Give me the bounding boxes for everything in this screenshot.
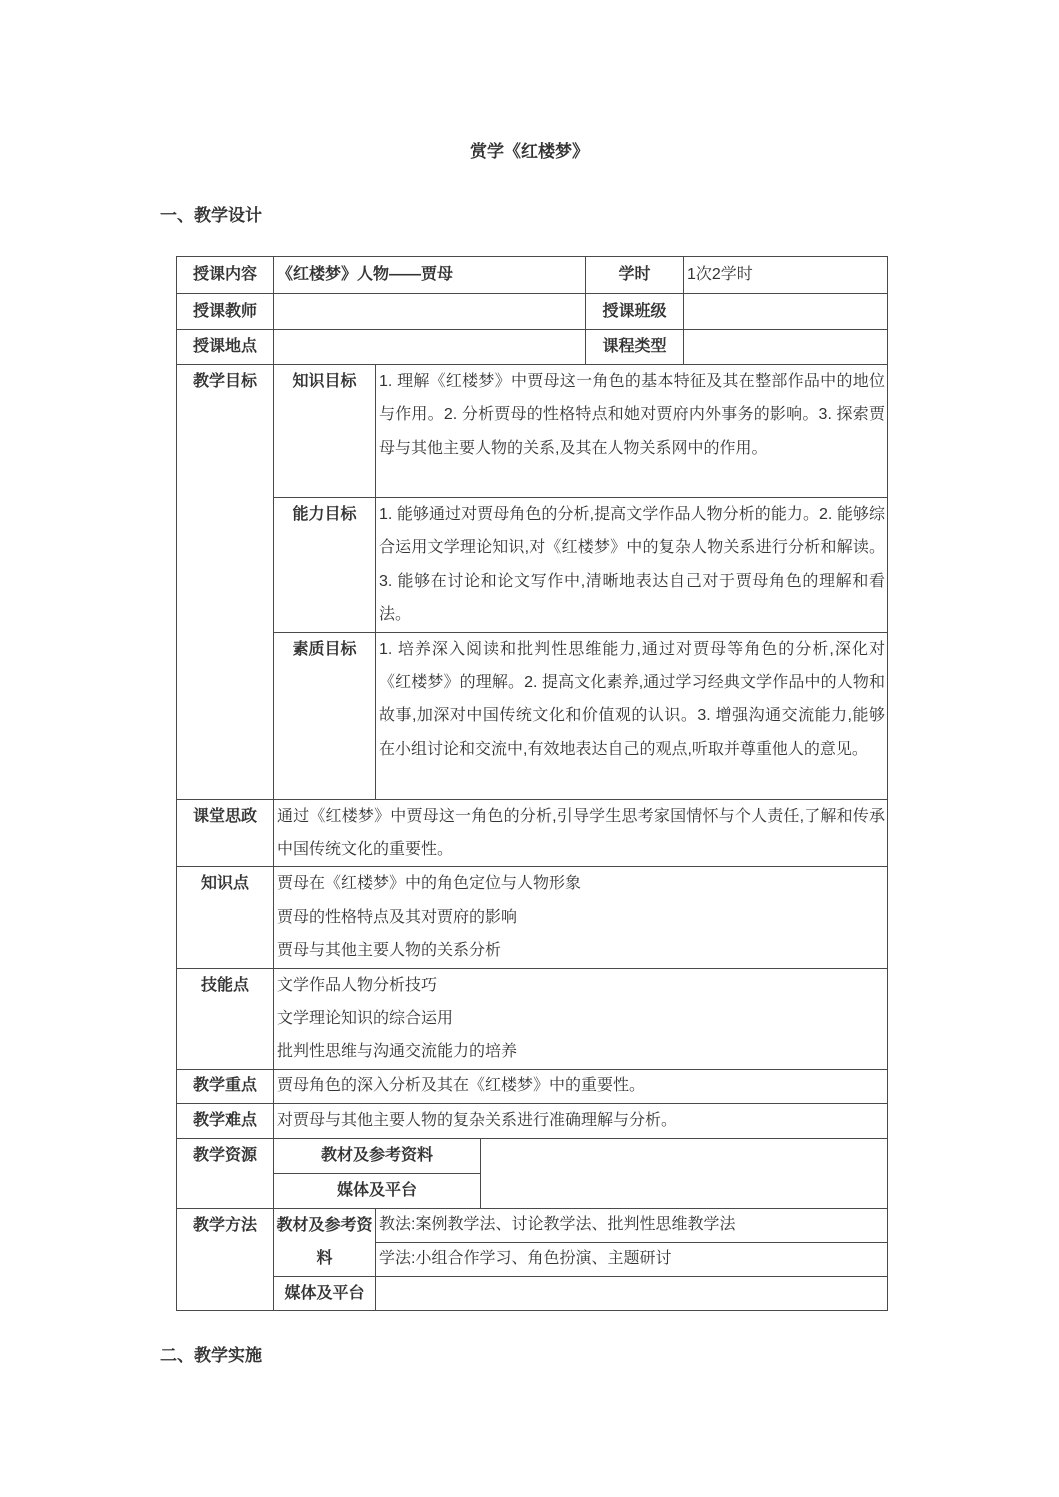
- objectives-label: 教学目标: [177, 365, 274, 800]
- ideology-label: 课堂思政: [177, 799, 274, 867]
- resources-value-cell: [481, 1138, 888, 1208]
- table-row-quality-objective: 素质目标 1. 培养深入阅读和批判性思维能力,通过对贾母等角色的分析,深化对《红…: [177, 632, 888, 799]
- info-hours-label: 学时: [586, 257, 684, 294]
- key-point-text: 贾母角色的深入分析及其在《红楼梦》中的重要性。: [274, 1069, 888, 1103]
- section-heading-design: 一、教学设计: [160, 204, 899, 227]
- info-class-value: [684, 294, 888, 330]
- info-class-label: 授课班级: [586, 294, 684, 330]
- table-row-location: 授课地点 课程类型: [177, 330, 888, 365]
- ideology-text: 通过《红楼梦》中贾母这一角色的分析,引导学生思考家国情怀与个人责任,了解和传承中…: [274, 799, 888, 867]
- ability-objective-label: 能力目标: [274, 498, 376, 633]
- difficult-point-text: 对贾母与其他主要人物的复杂关系进行准确理解与分析。: [274, 1103, 888, 1138]
- info-teacher-value: [274, 294, 586, 330]
- knowledge-objective-text: 1. 理解《红楼梦》中贾母这一角色的基本特征及其在整部作品中的地位与作用。2. …: [376, 365, 888, 498]
- table-row-content: 授课内容 《红楼梦》人物——贾母 学时 1次2学时: [177, 257, 888, 294]
- ability-objective-text: 1. 能够通过对贾母角色的分析,提高文学作品人物分析的能力。2. 能够综合运用文…: [376, 498, 888, 633]
- skill-points-list: 文学作品人物分析技巧 文学理论知识的综合运用 批判性思维与沟通交流能力的培养: [274, 968, 888, 1069]
- table-row-difficult-point: 教学难点 对贾母与其他主要人物的复杂关系进行准确理解与分析。: [177, 1103, 888, 1138]
- table-row-resources-materials: 教学资源 教材及参考资料: [177, 1138, 888, 1173]
- knowledge-point-item: 贾母与其他主要人物的关系分析: [277, 934, 885, 967]
- teaching-design-table: 授课内容 《红楼梦》人物——贾母 学时 1次2学时 授课教师 授课班级 授课地点…: [176, 256, 888, 1311]
- methods-media-label: 媒体及平台: [274, 1276, 376, 1310]
- methods-learning-value: 学法:小组合作学习、角色扮演、主题研讨: [376, 1242, 888, 1276]
- difficult-point-label: 教学难点: [177, 1103, 274, 1138]
- info-location-label: 授课地点: [177, 330, 274, 365]
- info-content-label: 授课内容: [177, 257, 274, 294]
- table-row-ideology: 课堂思政 通过《红楼梦》中贾母这一角色的分析,引导学生思考家国情怀与个人责任,了…: [177, 799, 888, 867]
- info-course-type-value: [684, 330, 888, 365]
- resources-materials-label: 教材及参考资料: [274, 1138, 481, 1173]
- info-course-type-label: 课程类型: [586, 330, 684, 365]
- knowledge-points-label: 知识点: [177, 867, 274, 968]
- document-title: 赏学《红楼梦》: [160, 140, 899, 164]
- info-teacher-label: 授课教师: [177, 294, 274, 330]
- knowledge-objective-label: 知识目标: [274, 365, 376, 498]
- table-row-teacher: 授课教师 授课班级: [177, 294, 888, 330]
- resources-label: 教学资源: [177, 1138, 274, 1208]
- table-row-knowledge-objective: 教学目标 知识目标 1. 理解《红楼梦》中贾母这一角色的基本特征及其在整部作品中…: [177, 365, 888, 498]
- table-row-methods-teaching: 教学方法 教材及参考资料 教法:案例教学法、讨论教学法、批判性思维教学法: [177, 1208, 888, 1242]
- methods-teaching-value: 教法:案例教学法、讨论教学法、批判性思维教学法: [376, 1208, 888, 1242]
- info-hours-value: 1次2学时: [684, 257, 888, 294]
- info-location-value: [274, 330, 586, 365]
- quality-objective-label: 素质目标: [274, 632, 376, 799]
- table-row-skill-points: 技能点 文学作品人物分析技巧 文学理论知识的综合运用 批判性思维与沟通交流能力的…: [177, 968, 888, 1069]
- skill-points-label: 技能点: [177, 968, 274, 1069]
- knowledge-points-list: 贾母在《红楼梦》中的角色定位与人物形象 贾母的性格特点及其对贾府的影响 贾母与其…: [274, 867, 888, 968]
- key-point-label: 教学重点: [177, 1069, 274, 1103]
- methods-materials-label: 教材及参考资料: [274, 1208, 376, 1276]
- document-page: 赏学《红楼梦》 一、教学设计 授课内容 《红楼梦》人物——贾母 学时 1次2学时…: [0, 0, 1059, 1367]
- info-content-value: 《红楼梦》人物——贾母: [274, 257, 586, 294]
- skill-point-item: 文学作品人物分析技巧: [277, 969, 885, 1002]
- table-row-knowledge-points: 知识点 贾母在《红楼梦》中的角色定位与人物形象 贾母的性格特点及其对贾府的影响 …: [177, 867, 888, 968]
- methods-media-value: [376, 1276, 888, 1310]
- knowledge-point-item: 贾母的性格特点及其对贾府的影响: [277, 901, 885, 934]
- methods-label: 教学方法: [177, 1208, 274, 1310]
- knowledge-point-item: 贾母在《红楼梦》中的角色定位与人物形象: [277, 867, 885, 900]
- skill-point-item: 文学理论知识的综合运用: [277, 1002, 885, 1035]
- section-heading-implementation: 二、教学实施: [160, 1344, 899, 1367]
- table-row-ability-objective: 能力目标 1. 能够通过对贾母角色的分析,提高文学作品人物分析的能力。2. 能够…: [177, 498, 888, 633]
- table-row-methods-media: 媒体及平台: [177, 1276, 888, 1310]
- quality-objective-text: 1. 培养深入阅读和批判性思维能力,通过对贾母等角色的分析,深化对《红楼梦》的理…: [376, 632, 888, 799]
- table-row-key-point: 教学重点 贾母角色的深入分析及其在《红楼梦》中的重要性。: [177, 1069, 888, 1103]
- resources-media-label: 媒体及平台: [274, 1173, 481, 1208]
- skill-point-item: 批判性思维与沟通交流能力的培养: [277, 1035, 885, 1068]
